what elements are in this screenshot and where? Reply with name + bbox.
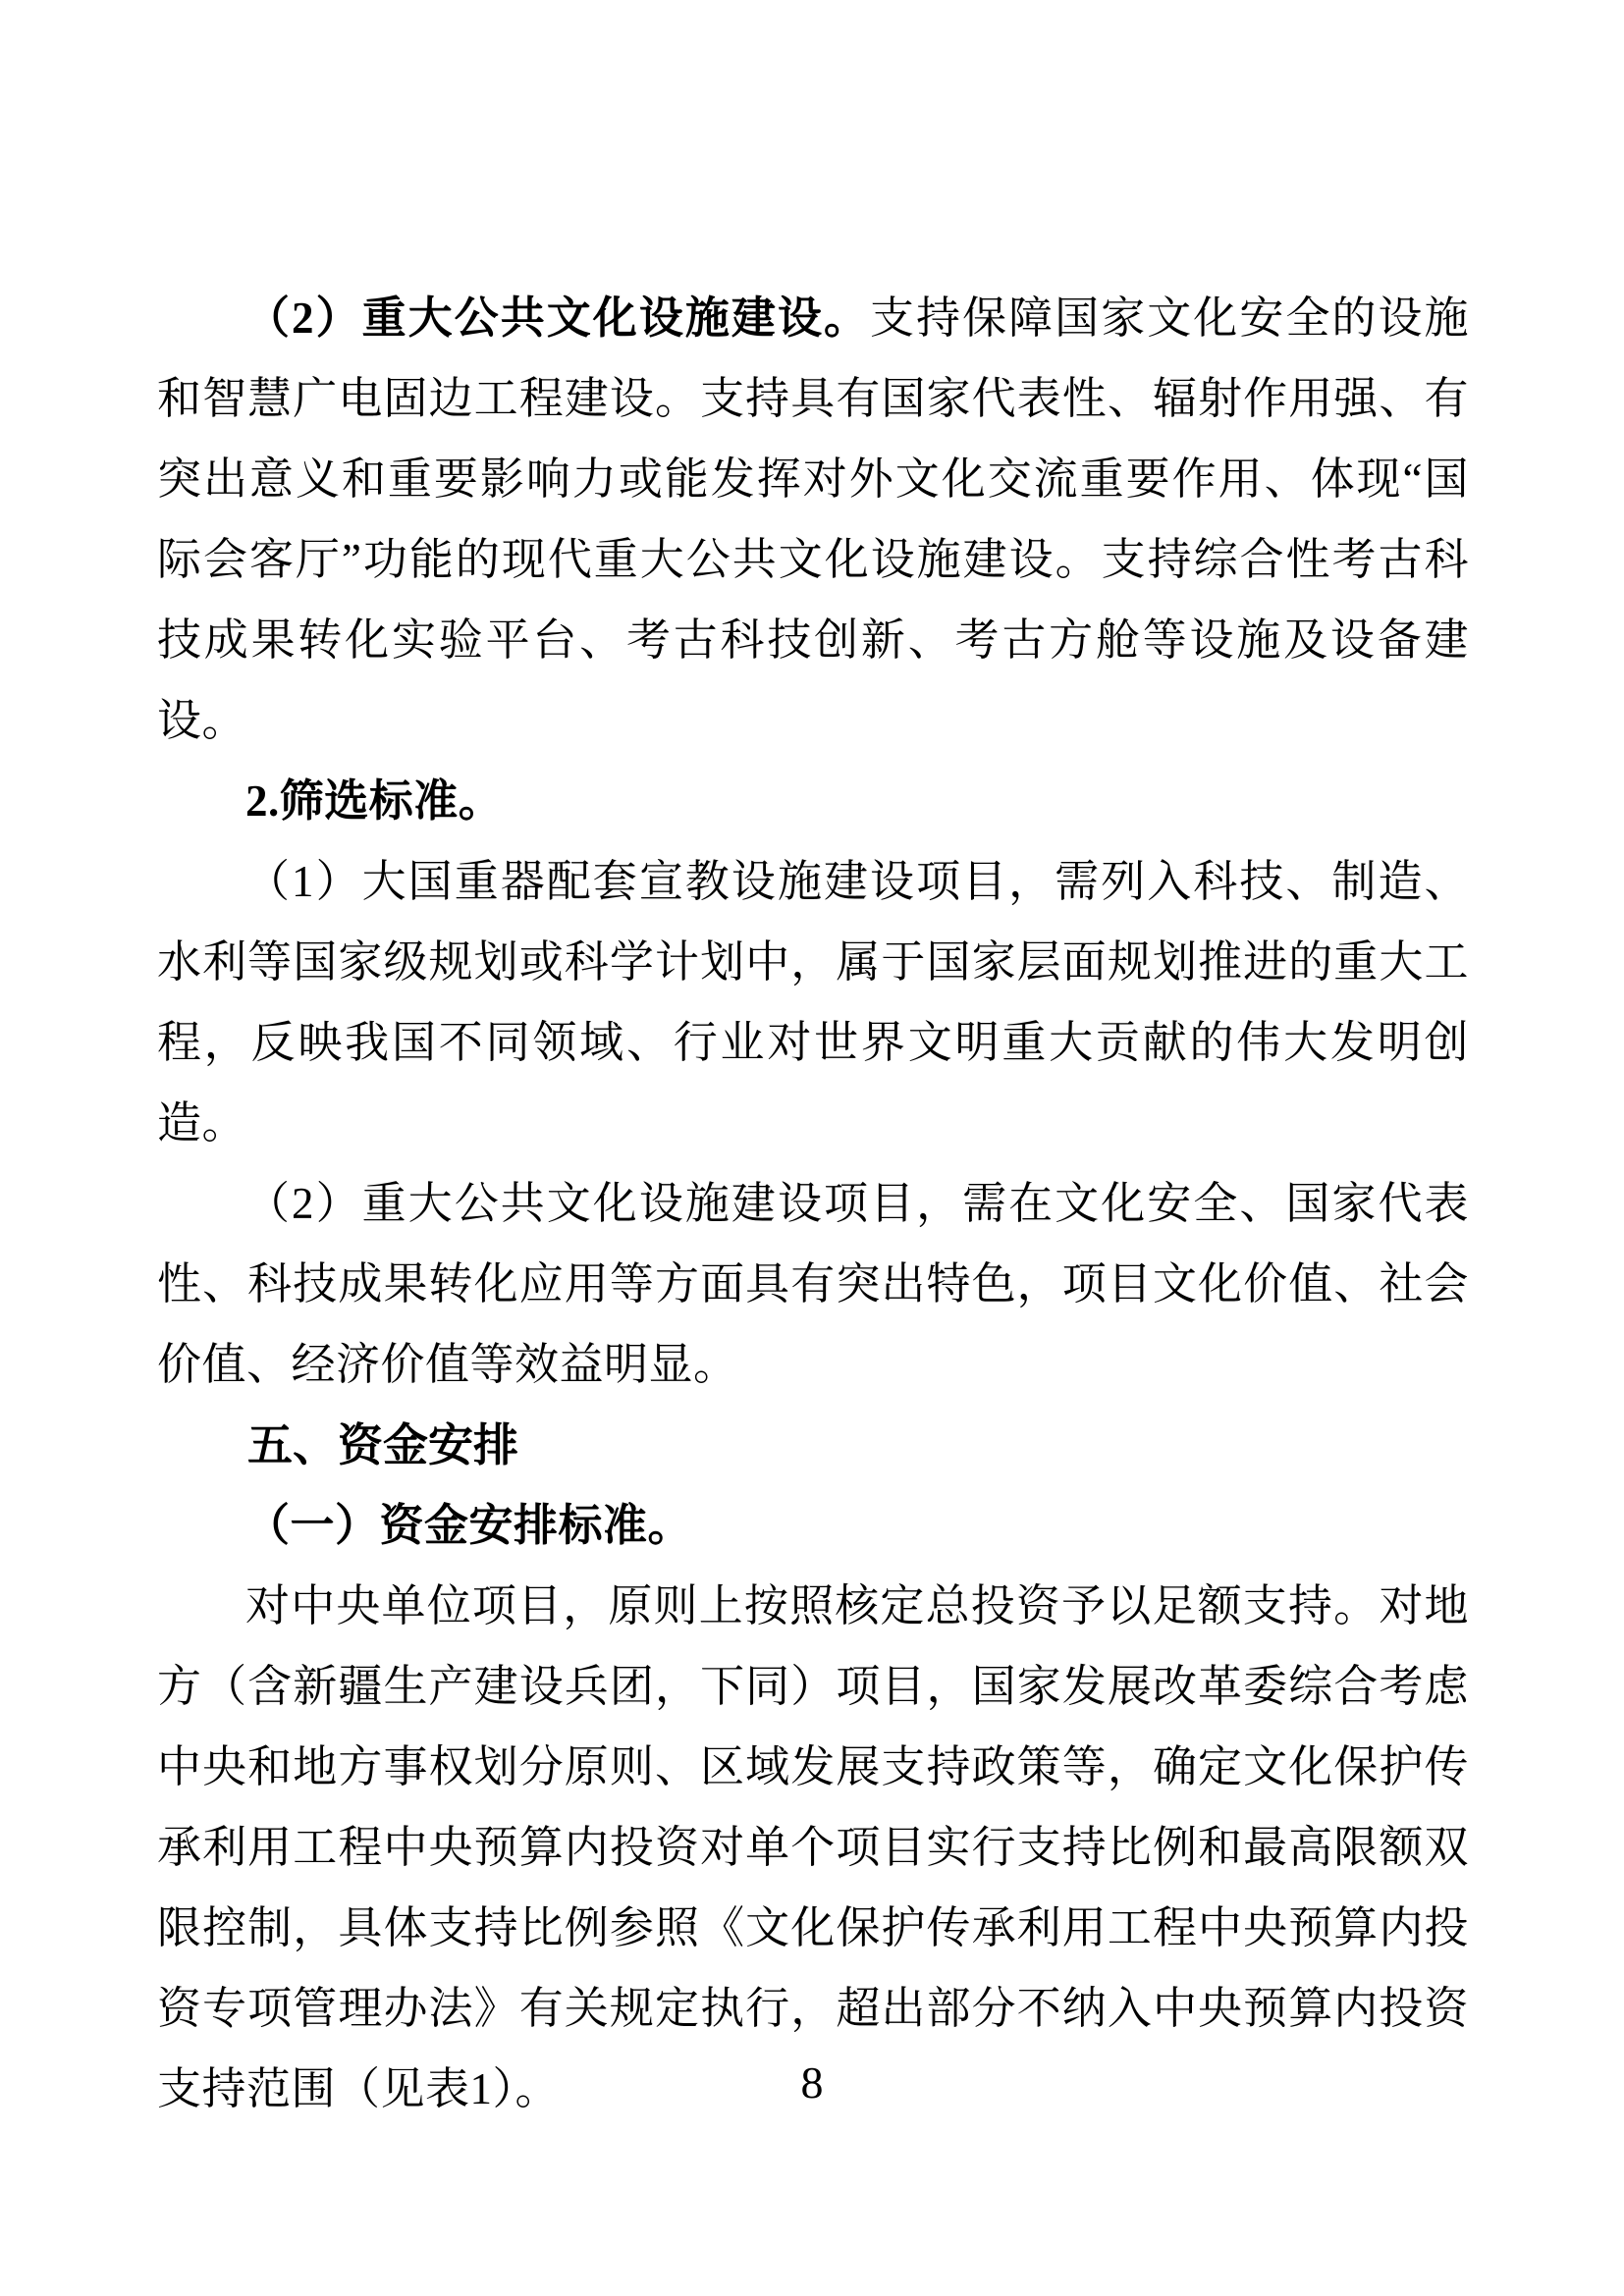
section-heading-funding: 五、资金安排 <box>157 1405 1469 1485</box>
paragraph-funding-standard: （一）资金安排标准。 <box>157 1485 1469 1566</box>
paragraph-item-2: （2）重大公共文化设施建设项目，需在文化安全、国家代表性、科技成果转化应用等方面… <box>157 1163 1469 1405</box>
paragraph-text: 支持保障国家文化安全的设施和智慧广电固边工程建设。支持具有国家代表性、辐射作用强… <box>157 294 1469 745</box>
page-number: 8 <box>0 2057 1624 2109</box>
paragraph-screening-criteria: 2.筛选标准。 <box>157 761 1469 841</box>
paragraph-lead: （2）重大公共文化设施建设。 <box>245 294 870 343</box>
paragraph-item-1: （1）大国重器配套宣教设施建设项目，需列入科技、制造、水利等国家级规划或科学计划… <box>157 841 1469 1163</box>
document-page: （2）重大公共文化设施建设。支持保障国家文化安全的设施和智慧广电固边工程建设。支… <box>0 0 1624 2296</box>
paragraph-funding-details: 对中央单位项目，原则上按照核定总投资予以足额支持。对地方（含新疆生产建设兵团，下… <box>157 1566 1469 2129</box>
paragraph-facility-construction: （2）重大公共文化设施建设。支持保障国家文化安全的设施和智慧广电固边工程建设。支… <box>157 278 1469 761</box>
